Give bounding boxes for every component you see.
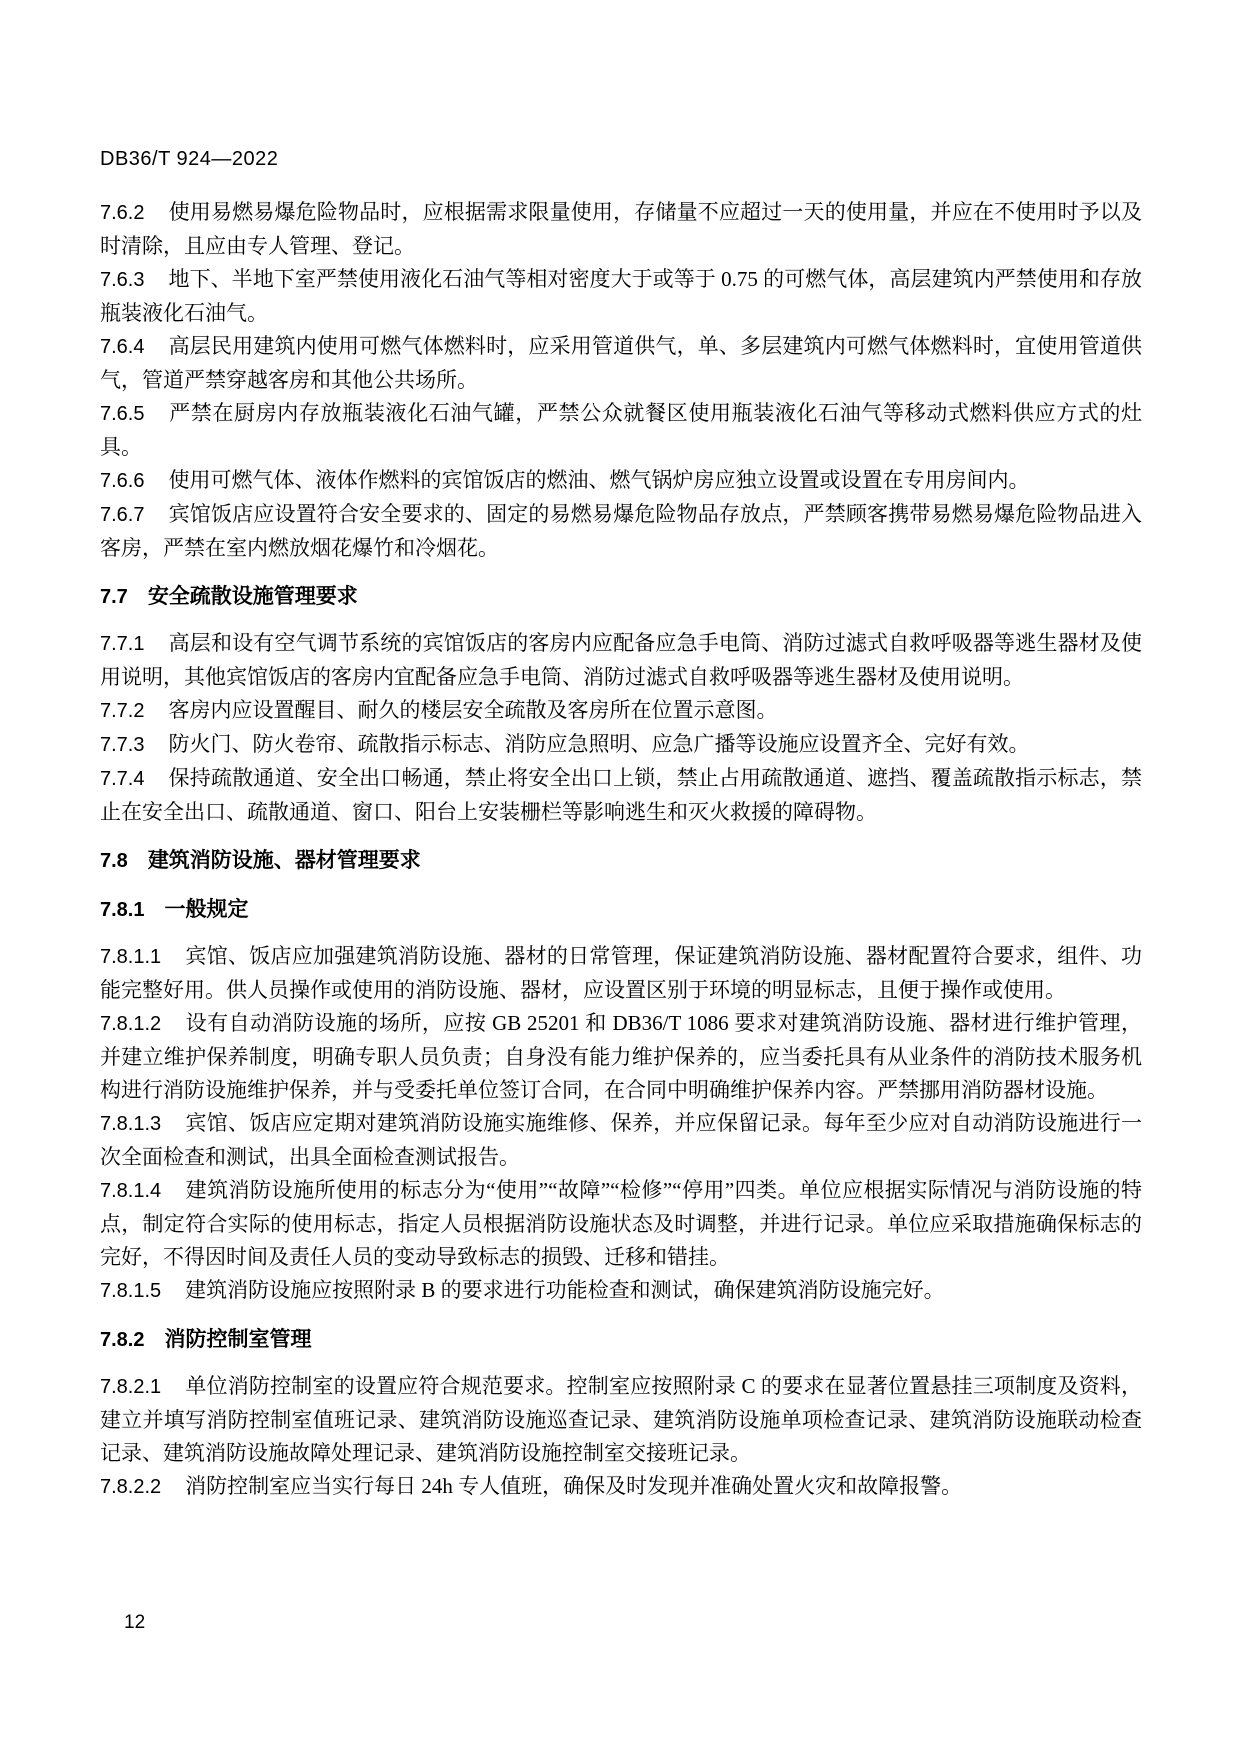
clause-text: 建筑消防设施应按照附录 B 的要求进行功能检查和测试，确保建筑消防设施完好。 <box>185 1278 945 1302</box>
clause-7-8-1-3: 7.8.1.3宾馆、饭店应定期对建筑消防设施实施维修、保养，并应保留记录。每年至… <box>100 1107 1142 1174</box>
clause-text: 保持疏散通道、安全出口畅通，禁止将安全出口上锁，禁止占用疏散通道、遮挡、覆盖疏散… <box>100 766 1142 824</box>
clause-7-7-4: 7.7.4保持疏散通道、安全出口畅通，禁止将安全出口上锁，禁止占用疏散通道、遮挡… <box>100 762 1142 829</box>
standard-number-header: DB36/T 924—2022 <box>100 148 278 171</box>
clause-text: 消防控制室应当实行每日 24h 专人值班，确保及时发现并准确处置火灾和故障报警。 <box>185 1474 962 1498</box>
clause-7-7-1: 7.7.1高层和设有空气调节系统的宾馆饭店的客房内应配备应急手电筒、消防过滤式自… <box>100 627 1142 694</box>
clause-text: 地下、半地下室严禁使用液化石油气等相对密度大于或等于 0.75 的可燃气体，高层… <box>100 267 1142 325</box>
clause-text: 高层民用建筑内使用可燃气体燃料时，应采用管道供气，单、多层建筑内可燃气体燃料时，… <box>100 334 1142 392</box>
clause-number: 7.8.1.3 <box>100 1113 185 1135</box>
clause-7-7-3: 7.7.3防火门、防火卷帘、疏散指示标志、消防应急照明、应急广播等设施应设置齐全… <box>100 728 1142 762</box>
clause-number: 7.7.3 <box>100 734 168 756</box>
section-heading-7-7: 7.7安全疏散设施管理要求 <box>100 580 1142 614</box>
clause-number: 7.6.2 <box>100 202 168 224</box>
clause-7-6-6: 7.6.6使用可燃气体、液体作燃料的宾馆饭店的燃油、燃气锅炉房应独立设置或设置在… <box>100 464 1142 498</box>
clause-number: 7.8.1.2 <box>100 1013 185 1035</box>
section-title: 安全疏散设施管理要求 <box>148 585 358 608</box>
clause-text: 宾馆、饭店应加强建筑消防设施、器材的日常管理，保证建筑消防设施、器材配置符合要求… <box>100 944 1142 1002</box>
document-page: DB36/T 924—2022 7.6.2使用易燃易爆危险物品时，应根据需求限量… <box>0 0 1241 1754</box>
clause-7-6-5: 7.6.5严禁在厨房内存放瓶装液化石油气罐，严禁公众就餐区使用瓶装液化石油气等移… <box>100 397 1142 464</box>
clause-text: 防火门、防火卷帘、疏散指示标志、消防应急照明、应急广播等设施应设置齐全、完好有效… <box>168 732 1029 756</box>
clause-number: 7.6.5 <box>100 403 168 425</box>
clause-number: 7.6.7 <box>100 504 168 526</box>
clause-text: 使用可燃气体、液体作燃料的宾馆饭店的燃油、燃气锅炉房应独立设置或设置在专用房间内… <box>168 468 1029 492</box>
clause-text: 设有自动消防设施的场所，应按 GB 25201 和 DB36/T 1086 要求… <box>100 1011 1142 1102</box>
clause-7-7-2: 7.7.2客房内应设置醒目、耐久的楼层安全疏散及客房所在位置示意图。 <box>100 694 1142 728</box>
section-title: 一般规定 <box>164 898 248 921</box>
section-title: 建筑消防设施、器材管理要求 <box>148 849 421 872</box>
clause-7-8-1-5: 7.8.1.5建筑消防设施应按照附录 B 的要求进行功能检查和测试，确保建筑消防… <box>100 1274 1142 1308</box>
clause-number: 7.8.1.1 <box>100 946 185 968</box>
clause-text: 客房内应设置醒目、耐久的楼层安全疏散及客房所在位置示意图。 <box>168 698 777 722</box>
section-heading-7-8: 7.8建筑消防设施、器材管理要求 <box>100 844 1142 878</box>
clause-text: 单位消防控制室的设置应符合规范要求。控制室应按照附录 C 的要求在显著位置悬挂三… <box>100 1374 1142 1465</box>
page-number: 12 <box>124 1612 145 1634</box>
clause-7-8-2-2: 7.8.2.2消防控制室应当实行每日 24h 专人值班，确保及时发现并准确处置火… <box>100 1470 1142 1504</box>
clause-number: 7.8.1.4 <box>100 1180 185 1202</box>
clause-7-6-4: 7.6.4高层民用建筑内使用可燃气体燃料时，应采用管道供气，单、多层建筑内可燃气… <box>100 330 1142 397</box>
clause-text: 宾馆、饭店应定期对建筑消防设施实施维修、保养，并应保留记录。每年至少应对自动消防… <box>100 1111 1142 1169</box>
clause-7-8-1-2: 7.8.1.2设有自动消防设施的场所，应按 GB 25201 和 DB36/T … <box>100 1007 1142 1107</box>
clause-7-8-1-1: 7.8.1.1宾馆、饭店应加强建筑消防设施、器材的日常管理，保证建筑消防设施、器… <box>100 940 1142 1007</box>
clause-text: 严禁在厨房内存放瓶装液化石油气罐，严禁公众就餐区使用瓶装液化石油气等移动式燃料供… <box>100 401 1142 459</box>
clause-number: 7.7.2 <box>100 700 168 722</box>
section-number: 7.8 <box>100 850 148 872</box>
section-title: 消防控制室管理 <box>164 1328 311 1351</box>
section-number: 7.7 <box>100 586 148 608</box>
clause-7-6-3: 7.6.3地下、半地下室严禁使用液化石油气等相对密度大于或等于 0.75 的可燃… <box>100 263 1142 330</box>
clause-number: 7.6.6 <box>100 470 168 492</box>
clause-7-6-2: 7.6.2使用易燃易爆危险物品时，应根据需求限量使用，存储量不应超过一天的使用量… <box>100 196 1142 263</box>
clause-number: 7.8.2.2 <box>100 1476 185 1498</box>
clause-number: 7.6.4 <box>100 336 168 358</box>
clause-text: 宾馆饭店应设置符合安全要求的、固定的易燃易爆危险物品存放点，严禁顾客携带易燃易爆… <box>100 502 1142 560</box>
clause-text: 高层和设有空气调节系统的宾馆饭店的客房内应配备应急手电筒、消防过滤式自救呼吸器等… <box>100 631 1142 689</box>
section-number: 7.8.2 <box>100 1329 164 1351</box>
section-number: 7.8.1 <box>100 899 164 921</box>
clause-number: 7.7.4 <box>100 768 168 790</box>
clause-text: 建筑消防设施所使用的标志分为“使用”“故障”“检修”“停用”四类。单位应根据实际… <box>100 1178 1142 1269</box>
clause-7-8-2-1: 7.8.2.1单位消防控制室的设置应符合规范要求。控制室应按照附录 C 的要求在… <box>100 1370 1142 1470</box>
section-heading-7-8-2: 7.8.2消防控制室管理 <box>100 1323 1142 1357</box>
clause-number: 7.6.3 <box>100 269 168 291</box>
section-heading-7-8-1: 7.8.1一般规定 <box>100 893 1142 927</box>
clause-number: 7.8.2.1 <box>100 1376 185 1398</box>
clause-text: 使用易燃易爆危险物品时，应根据需求限量使用，存储量不应超过一天的使用量，并应在不… <box>100 200 1142 258</box>
clause-number: 7.7.1 <box>100 633 168 655</box>
document-body: 7.6.2使用易燃易爆危险物品时，应根据需求限量使用，存储量不应超过一天的使用量… <box>100 196 1142 1504</box>
clause-number: 7.8.1.5 <box>100 1280 185 1302</box>
clause-7-8-1-4: 7.8.1.4建筑消防设施所使用的标志分为“使用”“故障”“检修”“停用”四类。… <box>100 1174 1142 1274</box>
clause-7-6-7: 7.6.7宾馆饭店应设置符合安全要求的、固定的易燃易爆危险物品存放点，严禁顾客携… <box>100 498 1142 565</box>
